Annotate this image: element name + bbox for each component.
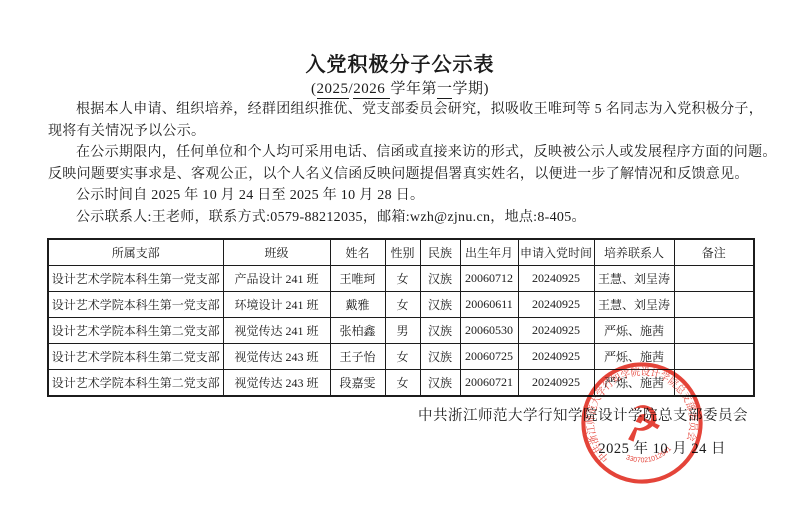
table-cell: 产品设计 241 班 [223,266,330,292]
header-birthdate: 出生年月 [460,239,518,266]
table-cell: 王慧、刘呈涛 [594,266,674,292]
table-cell: 20240925 [518,266,594,292]
table-cell: 严烁、施茜 [594,344,674,370]
contact-info-line: 公示联系人:王老师，联系方式:0579-88212035，邮箱:wzh@zjnu… [48,207,754,229]
table-cell: 女 [385,292,420,318]
table-cell: 环境设计 241 班 [223,292,330,318]
table-cell: 视觉传达 243 班 [223,370,330,397]
table-cell: 王唯珂 [330,266,385,292]
paragraph-intro-line2: 现将有关情况予以公示。 [48,121,754,143]
header-class: 班级 [223,239,330,266]
table-cell: 段嘉雯 [330,370,385,397]
header-branch: 所属支部 [48,239,223,266]
table-cell: 张柏鑫 [330,318,385,344]
table-row: 设计艺术学院本科生第二党支部视觉传达 243 班段嘉雯女汉族2006072120… [48,370,754,397]
table-cell: 20060712 [460,266,518,292]
paragraph-feedback-line1: 在公示期限内，任何单位和个人均可采用电话、信函或直接来访的形式，反映被公示人或发… [48,142,754,164]
table-cell: 汉族 [420,266,460,292]
paragraph-feedback-line2: 反映问题要实事求是、客观公正，以个人名义信函反映问题提倡署真实姓名，以便进一步了… [48,164,754,186]
table-cell: 严烁、施茜 [594,318,674,344]
header-ethnicity: 民族 [420,239,460,266]
subtitle-open-paren: ( [311,81,317,97]
table-cell: 20240925 [518,318,594,344]
header-remarks: 备注 [674,239,754,266]
header-name: 姓名 [330,239,385,266]
table-cell: 汉族 [420,292,460,318]
header-apply-date: 申请入党时间 [518,239,594,266]
table-cell: 设计艺术学院本科生第二党支部 [48,344,223,370]
table-cell: 男 [385,318,420,344]
table-cell [674,266,754,292]
table-cell: 汉族 [420,318,460,344]
candidates-table: 所属支部 班级 姓名 性别 民族 出生年月 申请入党时间 培养联系人 备注 设计… [47,238,755,397]
table-cell: 设计艺术学院本科生第二党支部 [48,318,223,344]
table-cell: 戴雅 [330,292,385,318]
subtitle-year-end: 2026 [353,81,390,99]
table-cell: 设计艺术学院本科生第二党支部 [48,370,223,397]
table-cell: 设计艺术学院本科生第一党支部 [48,266,223,292]
table-cell: 设计艺术学院本科生第一党支部 [48,292,223,318]
table-header-row: 所属支部 班级 姓名 性别 民族 出生年月 申请入党时间 培养联系人 备注 [48,239,754,266]
signature-date: 2025 年 10 月 24 日 [598,437,726,458]
table-cell: 视觉传达 243 班 [223,344,330,370]
subtitle-term-number: 一 [437,81,453,99]
table-cell: 汉族 [420,370,460,397]
table-cell: 王子怡 [330,344,385,370]
table-cell: 汉族 [420,344,460,370]
table-cell: 20240925 [518,370,594,397]
table-cell: 20240925 [518,292,594,318]
notice-document-page: 入党积极分子公示表 (2025/2026学年第一学期) 根据本人申请、组织培养，… [0,0,800,520]
notice-body: 根据本人申请、组织培养，经群团组织推优、党支部委员会研究，拟吸收王唯珂等 5 名… [48,99,754,228]
subtitle-mid-text: 学年第 [390,81,437,97]
table-row: 设计艺术学院本科生第二党支部视觉传达 243 班王子怡女汉族2006072520… [48,344,754,370]
table-cell: 女 [385,344,420,370]
table-cell: 20240925 [518,344,594,370]
table-cell [674,292,754,318]
table-cell: 20060725 [460,344,518,370]
table-cell [674,344,754,370]
publicity-period-line: 公示时间自 2025 年 10 月 24 日至 2025 年 10 月 28 日… [48,185,754,207]
header-gender: 性别 [385,239,420,266]
table-cell [674,318,754,344]
page-subtitle: (2025/2026学年第一学期) [0,77,800,98]
header-cultivation-contact: 培养联系人 [594,239,674,266]
page-title: 入党积极分子公示表 [0,48,800,77]
table-cell: 王慧、刘呈涛 [594,292,674,318]
subtitle-close-text: 学期) [452,81,489,97]
subtitle-year-start: 2025 [317,81,349,99]
table-cell [674,370,754,397]
signature-committee: 中共浙江师范大学行知学院设计学院总支部委员会 [418,404,748,425]
table-cell: 20060721 [460,370,518,397]
table-cell: 20060611 [460,292,518,318]
table-cell: 视觉传达 241 班 [223,318,330,344]
table-cell: 女 [385,266,420,292]
table-cell: 严烁、施茜 [594,370,674,397]
table-row: 设计艺术学院本科生第一党支部环境设计 241 班戴雅女汉族20060611202… [48,292,754,318]
table-row: 设计艺术学院本科生第一党支部产品设计 241 班王唯珂女汉族2006071220… [48,266,754,292]
table-cell: 20060530 [460,318,518,344]
table-cell: 女 [385,370,420,397]
paragraph-intro-line1: 根据本人申请、组织培养，经群团组织推优、党支部委员会研究，拟吸收王唯珂等 5 名… [48,99,754,121]
table-row: 设计艺术学院本科生第二党支部视觉传达 241 班张柏鑫男汉族2006053020… [48,318,754,344]
notice-table-body: 设计艺术学院本科生第一党支部产品设计 241 班王唯珂女汉族2006071220… [48,266,754,397]
